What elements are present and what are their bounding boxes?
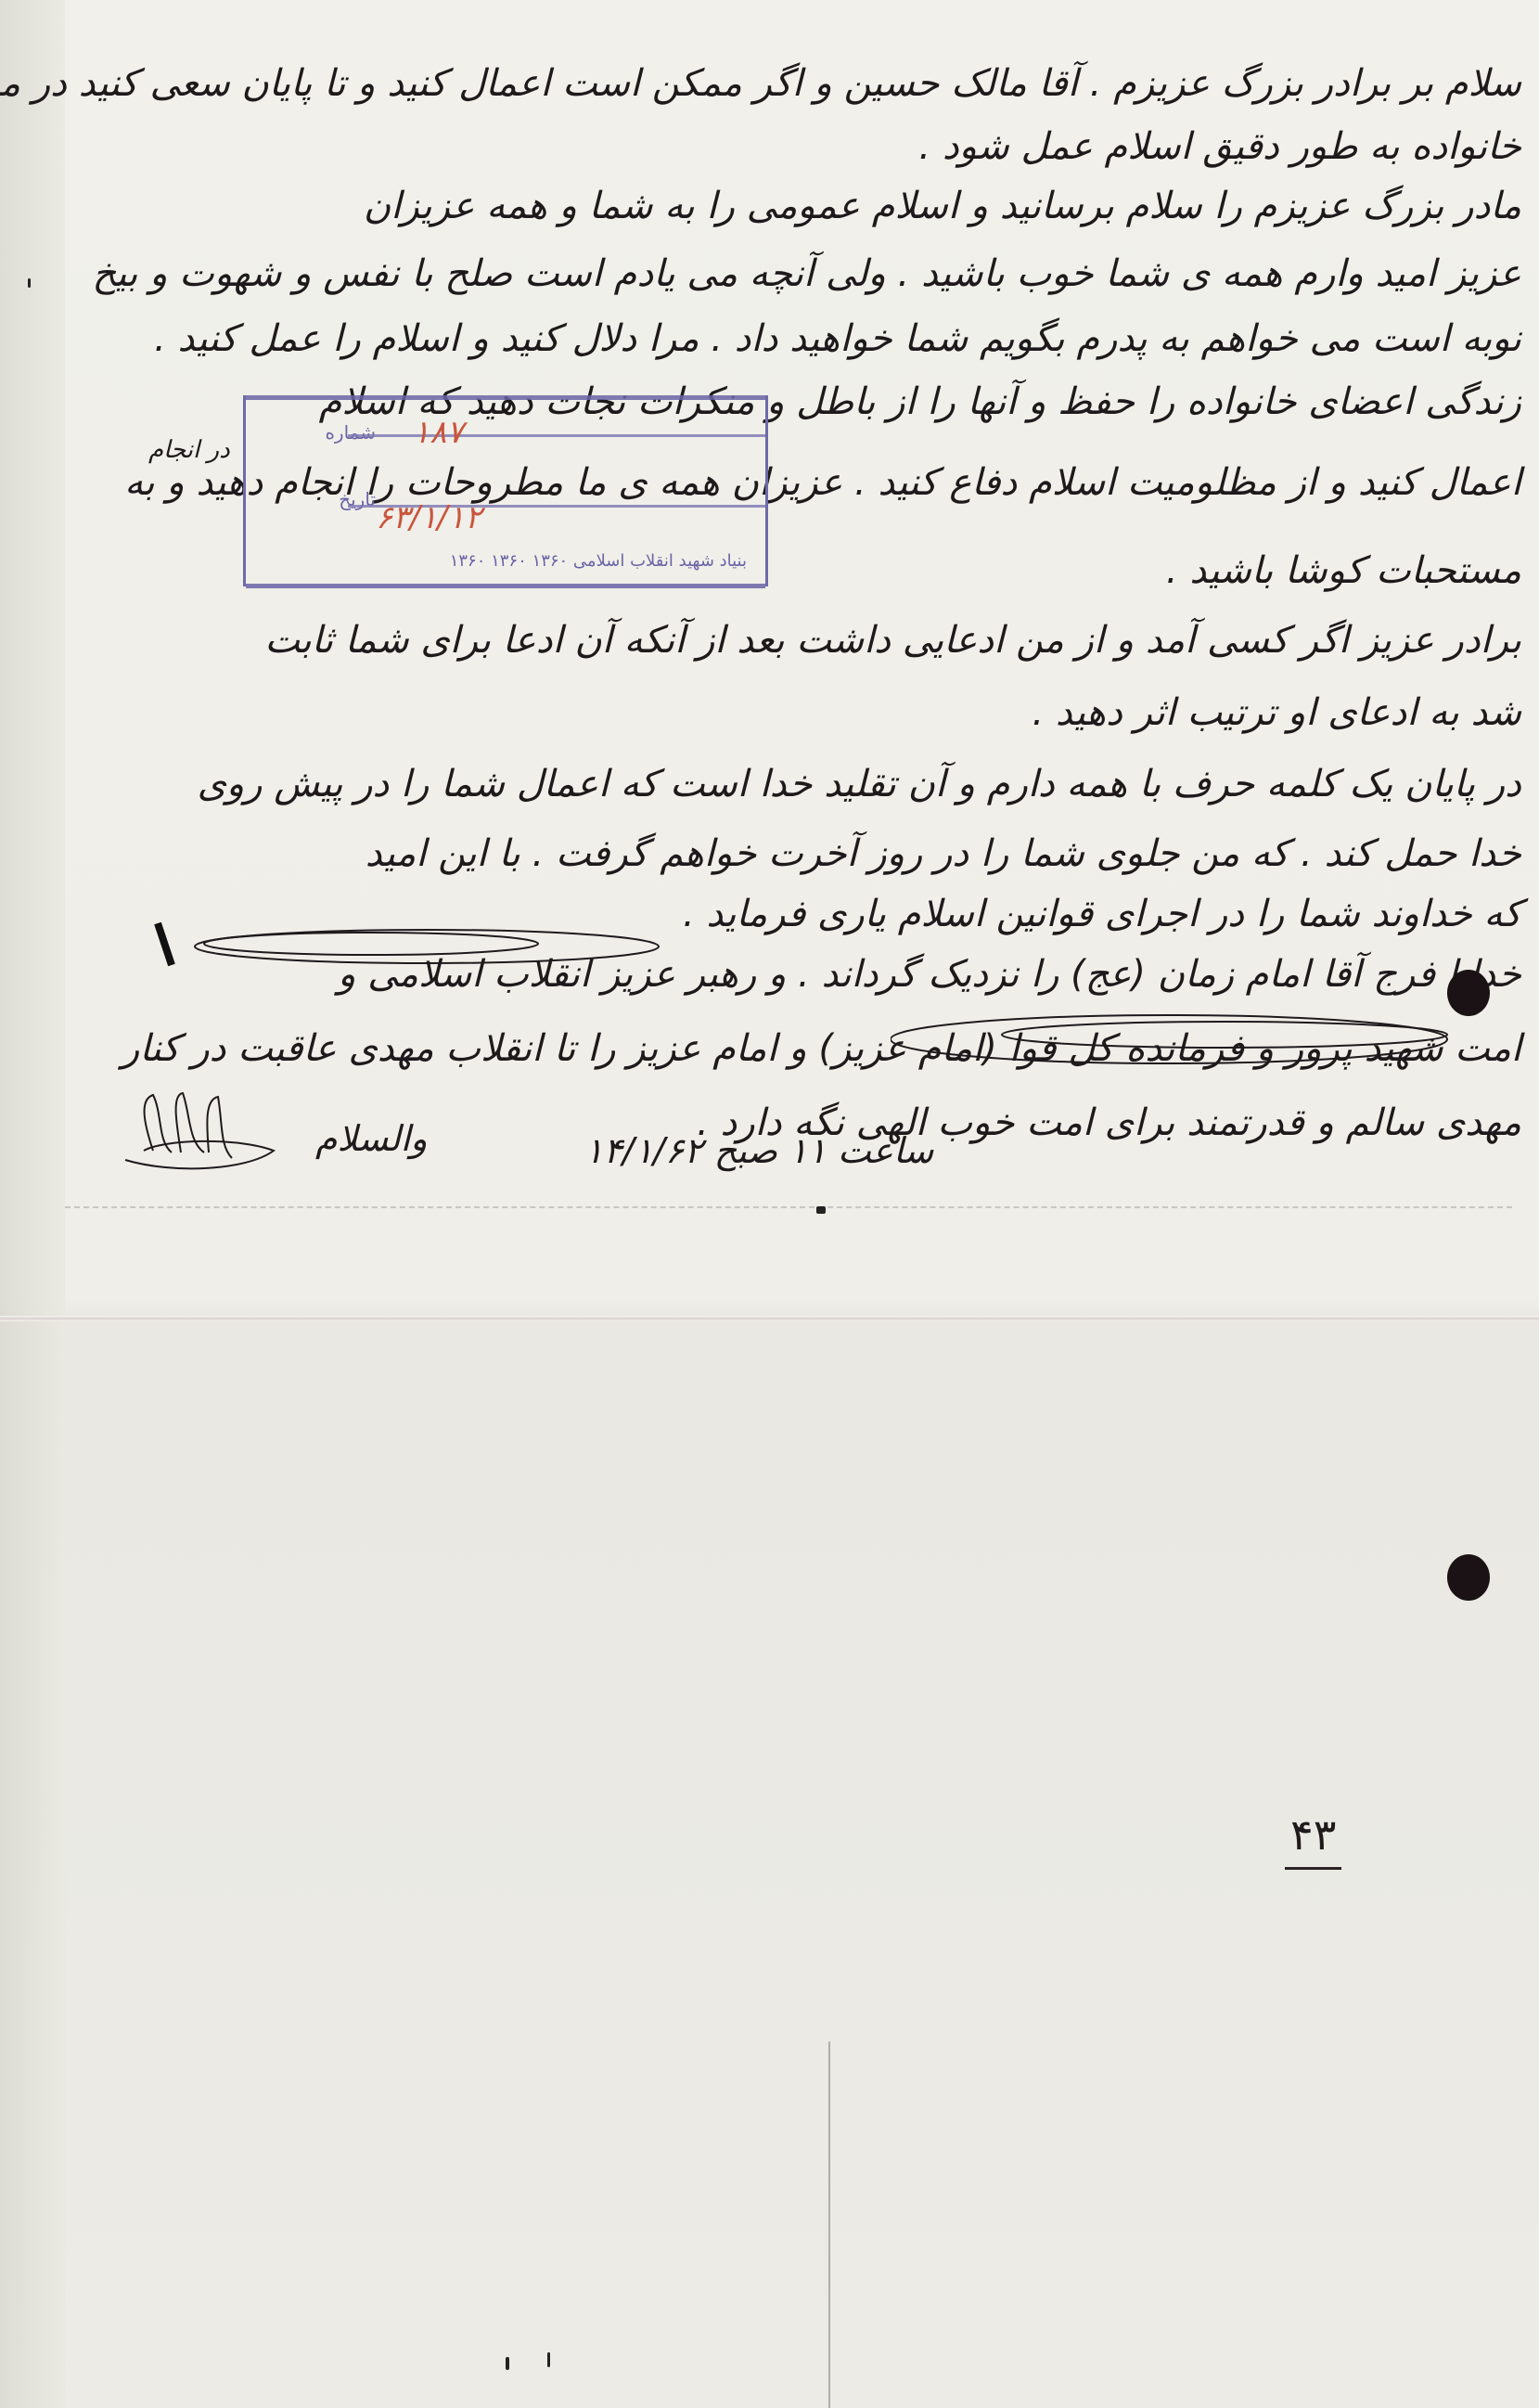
ink-speck: [816, 1206, 826, 1214]
scanned-letter-page: [0, 0, 1539, 2408]
letter-line-4: عزیز امید وارم همه ی شما خوب باشید . ولی…: [92, 255, 1521, 292]
bottom-rule: [65, 1206, 1512, 1210]
stamp-printed-footer: بنیاد شهید انقلاب اسلامی ۱۳۶۰ ۱۳۶۰ ۱۳۶۰: [450, 551, 747, 571]
punch-hole-lower: [1447, 1554, 1490, 1601]
stamp-number-value: ۱۸۷: [413, 414, 464, 451]
letter-line-11: در پایان یک کلمه حرف با همه دارم و آن تق…: [198, 766, 1521, 803]
letter-line-2: خانواده به طور دقیق اسلام عمل شود .: [918, 128, 1521, 165]
letter-line-10: شد به ادعای او ترتیب اثر دهید .: [1032, 694, 1522, 731]
punch-hole-upper: [1447, 970, 1490, 1016]
page-number: ۴۳: [1285, 1809, 1341, 1870]
stamp-number-label: شماره: [325, 421, 376, 444]
vertical-fold: [828, 2041, 830, 2408]
scribble-strike-2: [891, 1007, 1539, 1072]
ink-speck: [28, 278, 31, 288]
signature-icon: [116, 1086, 301, 1174]
stamp-date-value: ۶۳/۱/۱۲: [376, 499, 481, 536]
stamp-bottom-bar: [246, 584, 765, 588]
horizontal-fold: [0, 1316, 1539, 1321]
closing-salutation: والسلام: [315, 1118, 428, 1159]
letter-line-1: سلام بر برادر بزرگ عزیزم . آقا مالک حسین…: [0, 65, 1521, 102]
closing-timestamp: ساعت ۱۱ صبح ۱۴/۱/۶۲: [584, 1130, 933, 1171]
paper-left-edge: [0, 0, 65, 2408]
ink-speck: [506, 2357, 509, 2370]
scribble-strike-1: [148, 914, 668, 979]
stamp-top-bar: [246, 395, 765, 400]
letter-line-3: مادر بزرگ عزیزم را سلام برسانید و اسلام …: [364, 187, 1521, 225]
stamp-number-line: [348, 434, 765, 437]
letter-line-8: مستحبات کوشا باشید .: [1166, 552, 1521, 589]
letter-line-13: که خداوند شما را در اجرای قوانین اسلام ی…: [683, 895, 1521, 933]
margin-note: در انجام: [148, 436, 230, 464]
registration-stamp: شماره ۱۸۷ تاریخ ۶۳/۱/۱۲ بنیاد شهید انقلا…: [243, 395, 768, 586]
ink-speck: [547, 2352, 550, 2367]
letter-line-12: خدا حمل کند . که من جلوی شما را در روز آ…: [366, 835, 1521, 872]
letter-line-9: برادر عزیز اگر کسی آمد و از من ادعایی دا…: [264, 622, 1521, 659]
letter-line-5: نوبه است می خواهم به پدرم بگویم شما خواه…: [154, 320, 1521, 357]
